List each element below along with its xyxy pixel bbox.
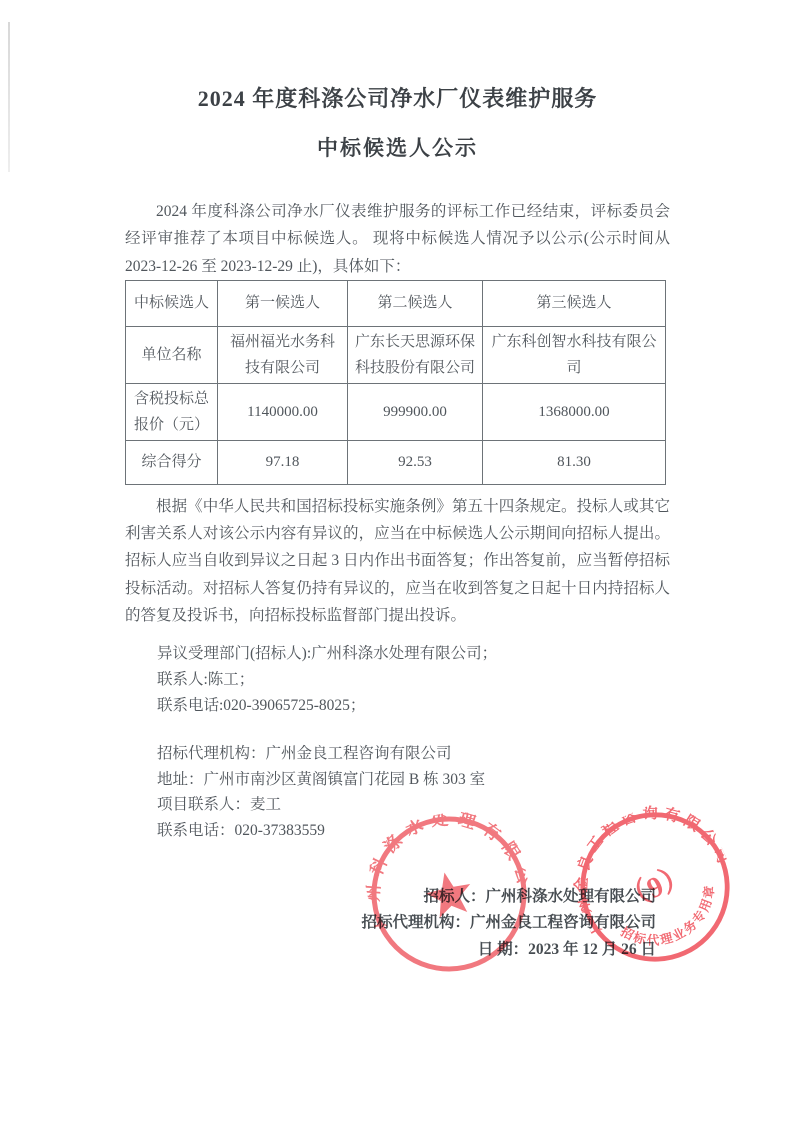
regulation-paragraph: 根据《中华人民共和国招标投标实施条例》第五十四条规定。投标人或其它利害关系人对该… [125, 493, 670, 629]
score-second: 92.53 [348, 440, 483, 484]
row-label-price: 含税投标总报价（元） [126, 383, 218, 440]
price-third: 1368000.00 [483, 383, 666, 440]
header-candidate-label: 中标候选人 [126, 280, 218, 326]
table-header-row: 中标候选人 第一候选人 第二候选人 第三候选人 [126, 280, 666, 326]
score-third: 81.30 [483, 440, 666, 484]
agency-phone-line: 联系电话：020-37383559 [157, 818, 670, 844]
price-second: 999900.00 [348, 383, 483, 440]
header-second-candidate: 第二候选人 [348, 280, 483, 326]
agency-name-line: 招标代理机构：广州金良工程咨询有限公司 [157, 741, 670, 767]
signature-agency-line: 招标代理机构：广州金良工程咨询有限公司 [125, 910, 656, 937]
row-label-score: 综合得分 [126, 440, 218, 484]
agency-contact-person-line: 项目联系人：麦工 [157, 792, 670, 818]
table-row-score: 综合得分 97.18 92.53 81.30 [126, 440, 666, 484]
intro-paragraph: 2024 年度科涤公司净水厂仪表维护服务的评标工作已经结束，评标委员会经评审推荐… [125, 198, 670, 280]
agency-contact-block: 招标代理机构：广州金良工程咨询有限公司 地址：广州市南沙区黄阁镇富门花园 B 栋… [125, 741, 670, 844]
company-third: 广东科创智水科技有限公司 [483, 326, 666, 383]
objection-contact-block: 异议受理部门(招标人):广州科涤水处理有限公司； 联系人:陈工； 联系电话:02… [125, 641, 670, 718]
signature-block: 招标人：广州科涤水处理有限公司 招标代理机构：广州金良工程咨询有限公司 日 期：… [125, 884, 656, 964]
candidates-table: 中标候选人 第一候选人 第二候选人 第三候选人 单位名称 福州福光水务科技有限公… [125, 280, 666, 485]
header-first-candidate: 第一候选人 [218, 280, 348, 326]
company-second: 广东长天思源环保科技股份有限公司 [348, 326, 483, 383]
document-title-line2: 中标候选人公示 [125, 134, 670, 162]
objection-department-line: 异议受理部门(招标人):广州科涤水处理有限公司； [157, 641, 670, 667]
table-row-bid-price: 含税投标总报价（元） 1140000.00 999900.00 1368000.… [126, 383, 666, 440]
document-title-line1: 2024 年度科涤公司净水厂仪表维护服务 [125, 84, 670, 114]
scan-artifact-line [8, 22, 10, 172]
score-first: 97.18 [218, 440, 348, 484]
header-third-candidate: 第三候选人 [483, 280, 666, 326]
company-first: 福州福光水务科技有限公司 [218, 326, 348, 383]
signature-date-line: 日 期：2023 年 12 月 26 日 [125, 937, 656, 964]
objection-contact-person-line: 联系人:陈工； [157, 667, 670, 693]
document-page: 2024 年度科涤公司净水厂仪表维护服务 中标候选人公示 2024 年度科涤公司… [0, 0, 794, 1123]
signature-tenderer-line: 招标人：广州科涤水处理有限公司 [125, 884, 656, 911]
price-first: 1140000.00 [218, 383, 348, 440]
table-row-company-name: 单位名称 福州福光水务科技有限公司 广东长天思源环保科技股份有限公司 广东科创智… [126, 326, 666, 383]
row-label-company: 单位名称 [126, 326, 218, 383]
objection-phone-line: 联系电话:020-39065725-8025； [157, 693, 670, 719]
agency-address-line: 地址：广州市南沙区黄阁镇富门花园 B 栋 303 室 [157, 767, 670, 793]
